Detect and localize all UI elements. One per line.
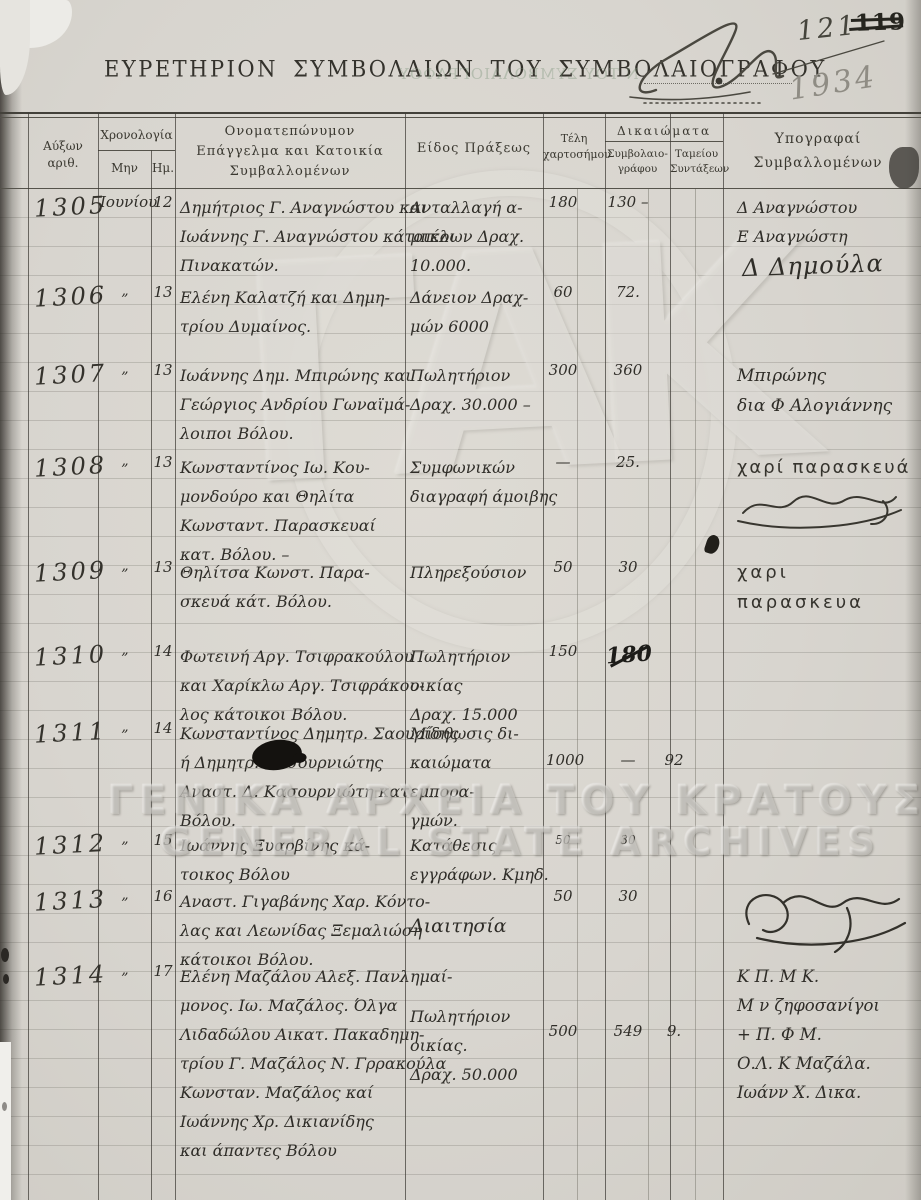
- table-top-border-inner: [0, 117, 921, 118]
- cell-month: „: [100, 283, 150, 299]
- ink-blob-page-edge: [889, 147, 919, 189]
- ink-bleed-text: ΕΥΡΕΤΗΡΙΟΝ ΣΥΜΒΟΛΑΙΩΝ ΤΟΥ ΣΥΜΒΟΛΑΙΟΓΡΑΦΟ…: [398, 65, 638, 83]
- signature-flourish-icon: [727, 878, 917, 953]
- cell-day: 13: [149, 453, 177, 471]
- cell-serial: 1309: [33, 556, 100, 587]
- table-column-subline: [577, 189, 578, 1200]
- cell-notary-fee-struck: 180: [605, 640, 651, 669]
- edge-ink-nick: [3, 974, 9, 984]
- table-column-line: [28, 113, 29, 1200]
- header-pension-fund: Ταμείου Συντάξεων: [670, 147, 723, 177]
- table-column-subline: [648, 189, 649, 1200]
- bottom-left-page-edge: [0, 1042, 11, 1200]
- cell-notary-fee: 72.: [606, 283, 650, 301]
- cell-serial: 1311: [33, 717, 100, 748]
- fees-subheader-divider: [605, 141, 723, 142]
- cell-stamp-fee: 60: [546, 283, 580, 301]
- table-column-line: [151, 150, 152, 1200]
- cell-stamp-fee: 180: [546, 193, 580, 211]
- cell-serial: 1305: [33, 191, 100, 222]
- cell-month: „: [100, 558, 150, 574]
- header-day: Ημ.: [151, 160, 175, 177]
- signature-flourish-icon: [733, 483, 908, 535]
- header-fees-group: Δικαιώματα: [605, 123, 723, 140]
- cell-signatures: χαρί παρασκευά: [737, 453, 917, 483]
- cell-act: Πληρεξούσιον: [410, 558, 560, 587]
- cell-notary-fee: 130 –: [606, 193, 650, 211]
- cell-signatures: χαρι παρασκευα: [737, 558, 917, 618]
- table-column-line: [723, 113, 724, 1200]
- cell-signatures: Δ Αναγνώστου Ε Αναγνώστη: [737, 193, 917, 251]
- cell-act: Πωλητήριον οικίας Δραχ. 15.000: [410, 642, 560, 729]
- cell-month: „: [100, 642, 150, 658]
- cell-act: Διαιτησία: [410, 887, 560, 941]
- cell-serial: 1310: [33, 640, 100, 671]
- edge-ink-nick: [2, 1102, 7, 1111]
- cell-notary-fee: 30: [606, 831, 650, 847]
- header-act-type: Είδος Πράξεως: [405, 140, 543, 159]
- cell-day: 13: [149, 361, 177, 379]
- cell-stamp-fee: 50: [546, 558, 580, 576]
- cell-serial: 1306: [33, 281, 100, 312]
- cell-day: 12: [149, 193, 177, 211]
- cell-stamp-fee: 300: [546, 361, 580, 379]
- cell-month: „: [100, 361, 150, 377]
- cell-act: Πωλητήριον Δραχ. 30.000 –: [410, 361, 560, 419]
- cell-month: „: [100, 962, 150, 978]
- cell-serial: 1314: [33, 960, 100, 991]
- cell-serial: 1307: [33, 359, 100, 390]
- cell-notary-fee: 30: [606, 887, 650, 905]
- cell-act: Ανταλλαγή α- μπέλων Δραχ. 10.000.: [410, 193, 560, 280]
- cell-notary-fee: 30: [606, 558, 650, 576]
- cell-month: „: [100, 831, 150, 847]
- header-parties: Ονοματεπώνυμον Επάγγελμα και Κατοικία Συ…: [175, 122, 405, 182]
- torn-corner-inner: [0, 0, 30, 95]
- header-bottom-border: [0, 188, 921, 189]
- cell-notary-fee: 360: [606, 361, 650, 379]
- ink-bleed-mirrored-title: ΕΥΡΕΤΗΡΙΟΝ ΣΥΜΒΟΛΑΙΩΝ ΤΟΥ ΣΥΜΒΟΛΑΙΟΓΡΑΦΟ…: [398, 64, 638, 86]
- cell-serial: 1313: [33, 885, 100, 916]
- header-date-group: Χρονολογία: [98, 127, 175, 144]
- cell-day: 13: [149, 558, 177, 576]
- cell-pension-fee: 9.: [646, 962, 702, 1040]
- cell-day: 16: [149, 887, 177, 905]
- cell-day: 17: [149, 962, 177, 980]
- cell-act: Μίσθωσις δι- καιώματα εμπορα- γμών.: [410, 719, 560, 835]
- header-notary-fee: Συμβολαιο- γράφου: [605, 147, 670, 177]
- cell-month: „: [100, 887, 150, 903]
- cell-stamp-fee: 500: [546, 962, 580, 1040]
- date-subheader-divider: [98, 150, 175, 151]
- paraph-flourish-icon: [622, 4, 912, 114]
- cell-month: „: [100, 453, 150, 469]
- table-top-border: [0, 112, 921, 114]
- cell-notary-fee: 549: [606, 962, 650, 1040]
- cell-day: 15: [149, 831, 177, 849]
- edge-ink-nick: [1, 948, 9, 962]
- cell-stamp-fee: 50: [546, 887, 580, 905]
- cell-stamp-fee: 1000: [546, 719, 580, 769]
- cell-serial: 1308: [33, 451, 100, 482]
- cell-stamp-fee: 50: [546, 831, 580, 847]
- cell-act: Πωλητήριον οικίας. Δραχ. 50.000: [410, 962, 560, 1089]
- document-page: ΓΑΚ ΓΕΝΙΚΑ ΑΡΧΕΙΑ ΤΟΥ ΚΡΑΤΟΥΣ GENERAL ST…: [0, 0, 921, 1200]
- cell-month: „: [100, 719, 150, 735]
- left-spine-shadow: [0, 0, 22, 1200]
- header-signatures: Υπογραφαί Συμβαλλομένων: [723, 128, 913, 176]
- header-serial-number: Αύξων αριθ.: [28, 138, 98, 173]
- cell-act: Δάνειον Δραχ- μών 6000: [410, 283, 560, 341]
- cell-serial: 1312: [33, 829, 100, 860]
- cell-day: 13: [149, 283, 177, 301]
- cell-notary-fee: —: [606, 719, 650, 769]
- cell-stamp-fee: 150: [546, 642, 580, 660]
- cell-day: 14: [149, 719, 177, 737]
- cell-signatures: Κ Π. Μ Κ. Μ ν ζηφοσανίγοι + Π. Φ Μ. Ο.Λ.…: [737, 962, 917, 1107]
- cell-signatures: Μπιρώνης δια Φ Αλογιάννης: [737, 361, 917, 421]
- header-month: Μην: [98, 160, 151, 177]
- cell-month: Ιουνίου: [100, 193, 150, 211]
- cell-act: Κατάθεσις εγγράφων. Κμηδ.: [410, 831, 560, 889]
- cell-day: 14: [149, 642, 177, 660]
- table-column-subline: [695, 189, 696, 1200]
- header-stamp-duty: Τέλη χαρτοσήμου: [543, 131, 605, 163]
- cell-act: Συμφωνικών διαγραφή άμοιβης: [410, 453, 560, 511]
- cell-stamp-fee: —: [546, 453, 580, 471]
- cell-notary-fee: 25.: [606, 453, 650, 471]
- cell-pension-fee: 92: [646, 719, 702, 769]
